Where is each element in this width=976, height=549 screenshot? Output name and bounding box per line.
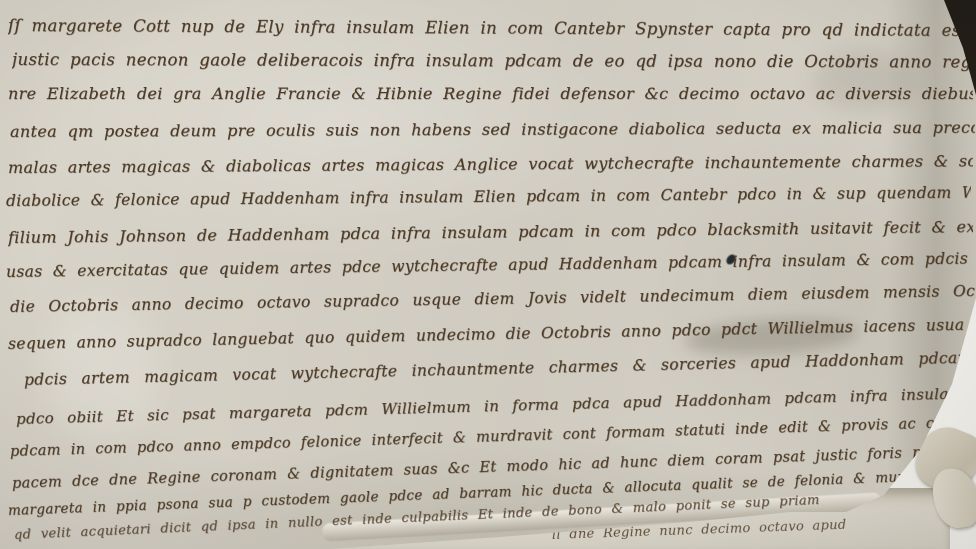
manuscript-line: die Octobris anno decimo octavo supradco… <box>10 282 975 316</box>
manuscript-line: usas & exercitatas que quidem artes pdce… <box>6 250 971 281</box>
manuscript-line: ſſ margarete Cott nup de Ely infra insul… <box>8 16 973 40</box>
right-edge-shadow <box>886 0 976 480</box>
manuscript-line: malas artes magicas & diabolicas artes m… <box>8 151 973 177</box>
manuscript-line: antea qm postea deum pre oculis suis non… <box>10 118 975 141</box>
manuscript-line: pdcis artem magicam vocat wytchecrafte i… <box>24 348 976 389</box>
manuscript-membrane: ſſ margarete Cott nup de Ely infra insul… <box>0 0 976 549</box>
manuscript-photo: ll dne Regine nunc decimo octavo apud ſſ… <box>0 0 976 549</box>
manuscript-line: sequen anno supradco languebat quo quide… <box>8 316 973 353</box>
manuscript-line: diabolice & felonice apud Haddenham infr… <box>6 184 971 210</box>
manuscript-line: nre Elizabeth dei gra Anglie Francie & H… <box>8 84 973 103</box>
manuscript-line: justic pacis necnon gaole deliberacois i… <box>12 50 976 72</box>
manuscript-line: filium Johis Johnson de Haddenham pdca i… <box>8 217 973 247</box>
